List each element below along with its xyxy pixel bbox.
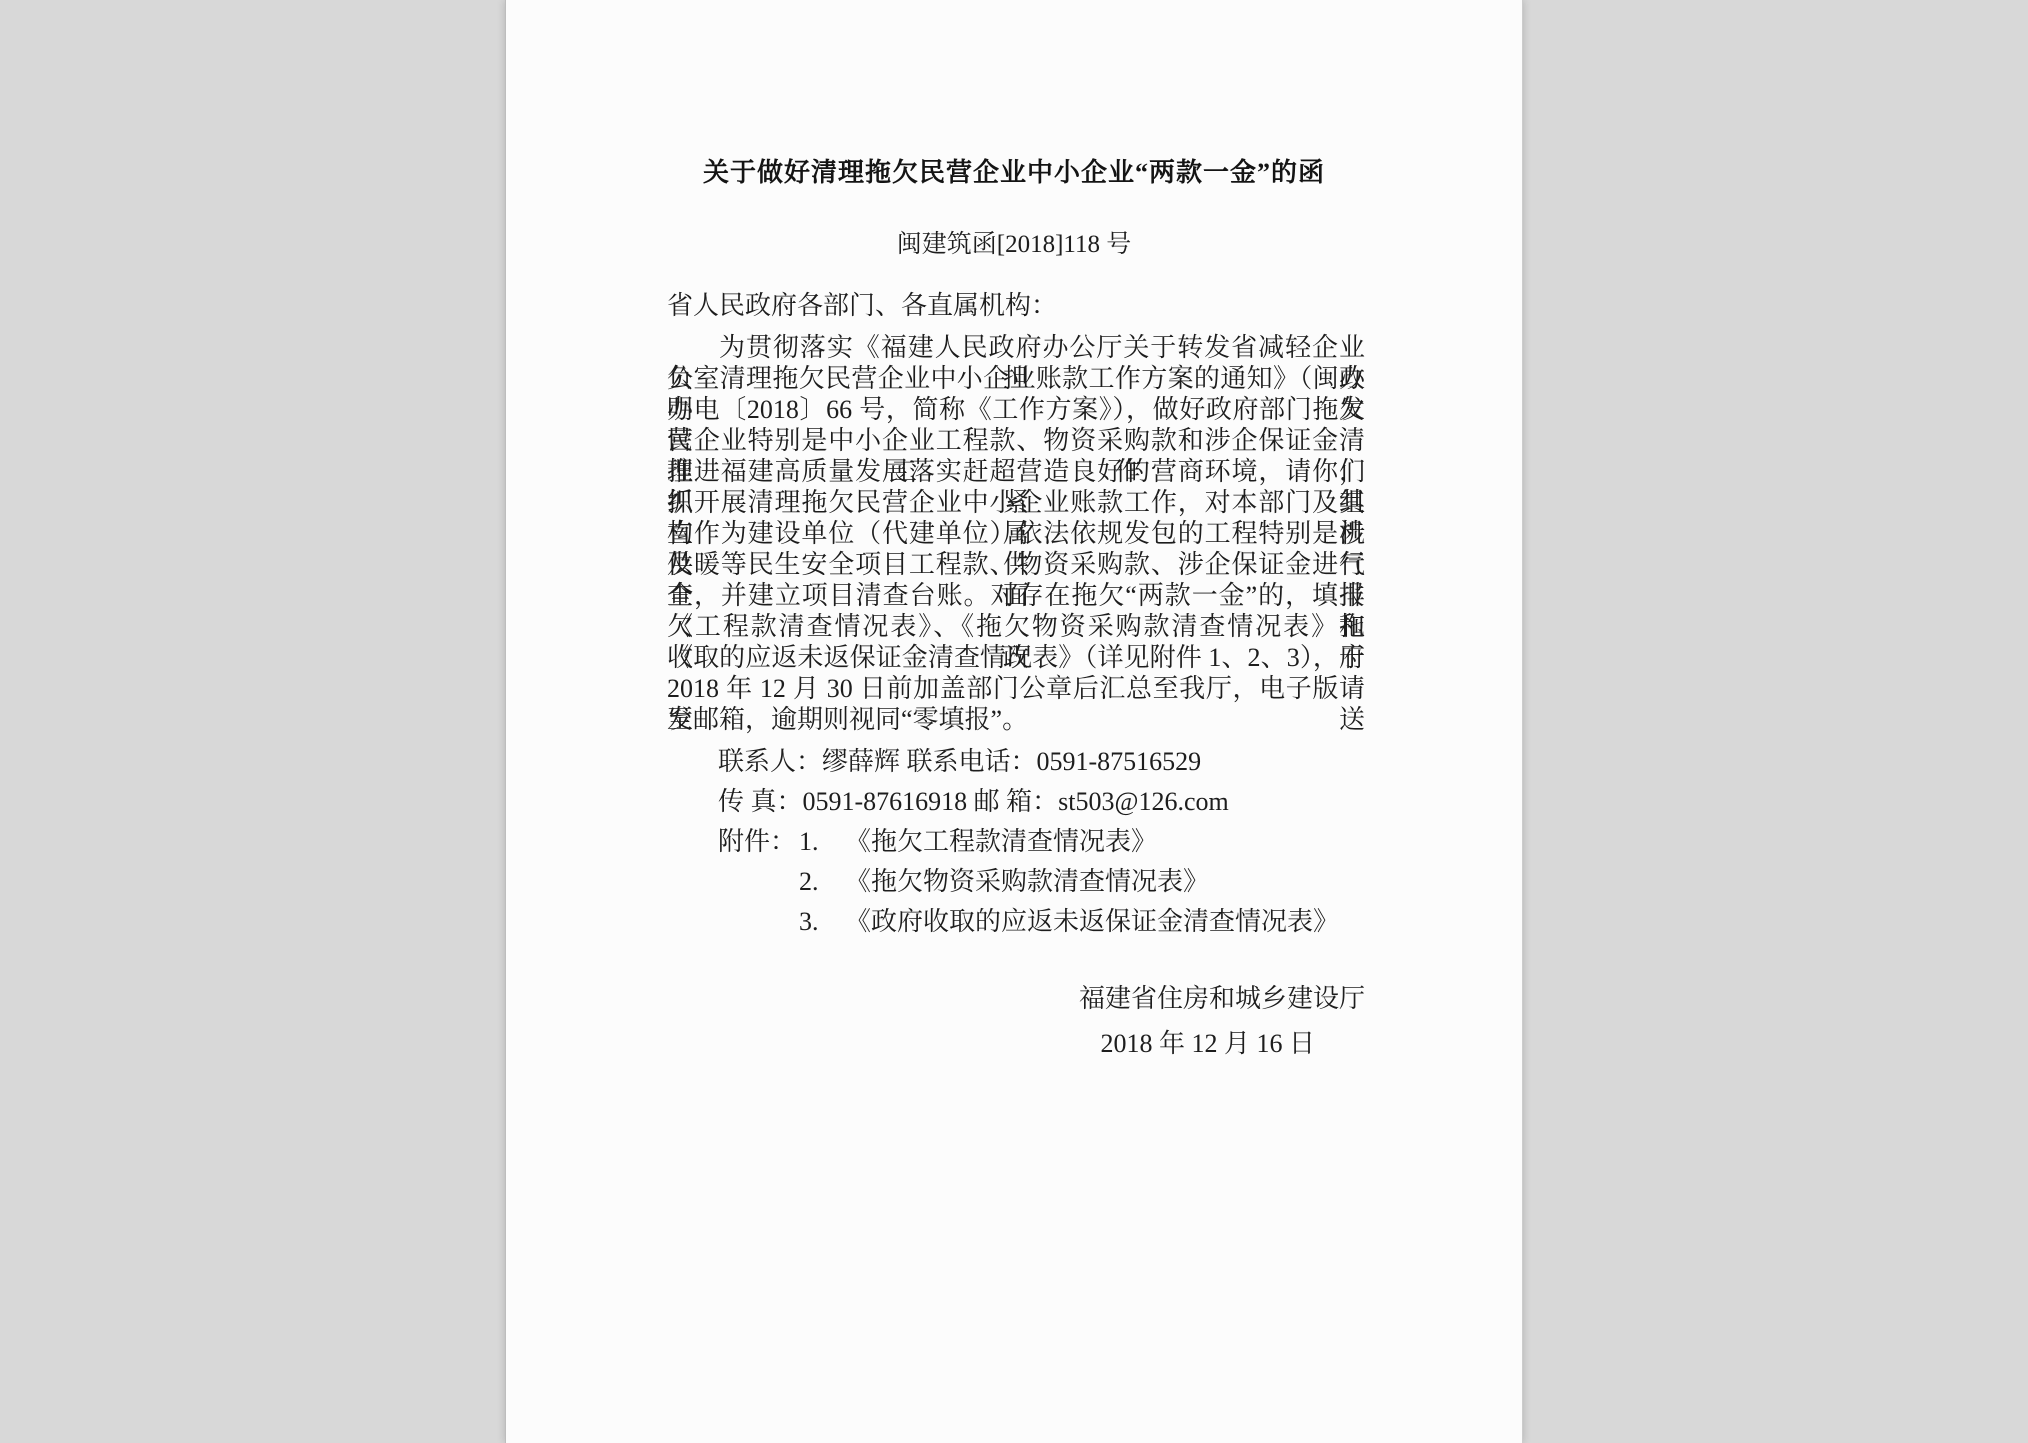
body-line: 供暖等民生安全项目工程款、物资采购款、涉企保证金进行全面排 xyxy=(667,549,1365,580)
main-paragraph: 为贯彻落实《福建人民政府办公厅关于转发省减轻企业负担办 公室清理拖欠民营企业中小… xyxy=(667,332,1365,735)
attachment-row: 2. 《拖欠物资采购款清查情况表》 xyxy=(667,866,1365,897)
body-line: 推进福建高质量发展落实赶超营造良好的营商环境，请你们抓紧组 xyxy=(667,456,1365,487)
attachment-title: 《拖欠工程款清查情况表》 xyxy=(845,826,1157,857)
fax-email-line: 传 真：0591-87616918 邮 箱：st503@126.com xyxy=(667,786,1365,817)
document-title: 关于做好清理拖欠民营企业中小企业“两款一金”的函 xyxy=(506,152,1522,189)
body-line: 欠工程款清查情况表》、《拖欠物资采购款清查情况表》和《政府 xyxy=(667,611,1365,642)
body-line: 2018 年 12 月 30 日前加盖部门公章后汇总至我厅，电子版请发送 xyxy=(667,673,1365,704)
body-line: 构作为建设单位（代建单位）依法依规发包的工程特别是涉及供气 xyxy=(667,518,1365,549)
attachments-label-spacer xyxy=(718,906,799,937)
body-line: 收取的应返未返保证金清查情况表》（详见附件 1、2、3），于 xyxy=(667,642,1365,673)
attachment-title: 《政府收取的应返未返保证金清查情况表》 xyxy=(845,906,1339,937)
body-line: 营企业特别是中小企业工程款、物资采购款和涉企保证金清理工作， xyxy=(667,425,1365,456)
attachment-number: 3. xyxy=(799,906,845,937)
attachment-number: 2. xyxy=(799,866,845,897)
body-line: 织开展清理拖欠民营企业中小企业账款工作，对本部门及其直属机 xyxy=(667,487,1365,518)
issuing-org: 福建省住房和城乡建设厅 xyxy=(667,983,1365,1014)
body-line: 明电〔2018〕66 号，简称《工作方案》），做好政府部门拖欠民 xyxy=(667,394,1365,425)
body-line: 为贯彻落实《福建人民政府办公厅关于转发省减轻企业负担办 xyxy=(667,332,1365,363)
scanned-document-viewport: 关于做好清理拖欠民营企业中小企业“两款一金”的函 闽建筑函[2018]118 号… xyxy=(0,0,2028,1443)
salutation: 省人民政府各部门、各直属机构： xyxy=(667,290,1365,321)
contact-line: 联系人：缪薛辉 联系电话：0591-87516529 xyxy=(667,746,1365,777)
attachments-label-spacer xyxy=(718,866,799,897)
attachment-number: 1. xyxy=(799,826,845,857)
document-body: 省人民政府各部门、各直属机构： 为贯彻落实《福建人民政府办公厅关于转发省减轻企业… xyxy=(667,290,1365,1059)
attachments-label: 附件： xyxy=(718,826,799,857)
body-line: 查，并建立项目清查台账。对存在拖欠“两款一金”的，填报《拖 xyxy=(667,580,1365,611)
attachment-row: 3. 《政府收取的应返未返保证金清查情况表》 xyxy=(667,906,1365,937)
document-number: 闽建筑函[2018]118 号 xyxy=(506,224,1522,260)
document-page: 关于做好清理拖欠民营企业中小企业“两款一金”的函 闽建筑函[2018]118 号… xyxy=(505,0,1523,1443)
body-line: 公室清理拖欠民营企业中小企业账款工作方案的通知》（闽政办发 xyxy=(667,363,1365,394)
attachment-title: 《拖欠物资采购款清查情况表》 xyxy=(845,866,1209,897)
issue-date: 2018 年 12 月 16 日 xyxy=(667,1028,1365,1059)
attachment-row: 附件： 1. 《拖欠工程款清查情况表》 xyxy=(667,826,1365,857)
